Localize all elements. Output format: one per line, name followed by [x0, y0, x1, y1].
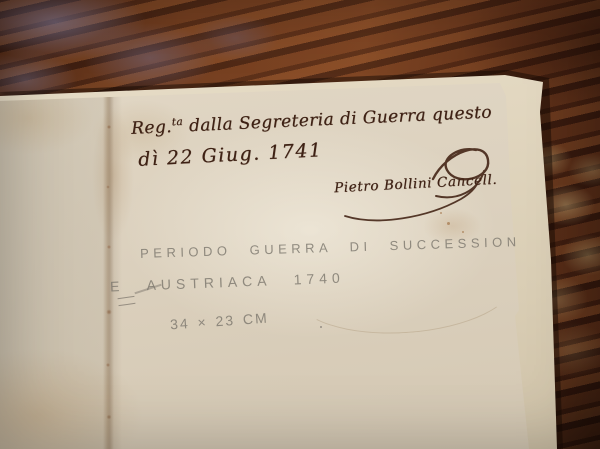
ink-registration-prefix: Reg. — [131, 117, 173, 139]
photo-of-manuscript: Reg.ta dalla Segreteria di Guerra questo… — [0, 0, 600, 449]
ink-registration-superscript: ta — [171, 116, 183, 129]
pencil-dot — [320, 326, 322, 328]
ink-flourish — [335, 133, 525, 233]
fold-crease — [103, 97, 114, 449]
